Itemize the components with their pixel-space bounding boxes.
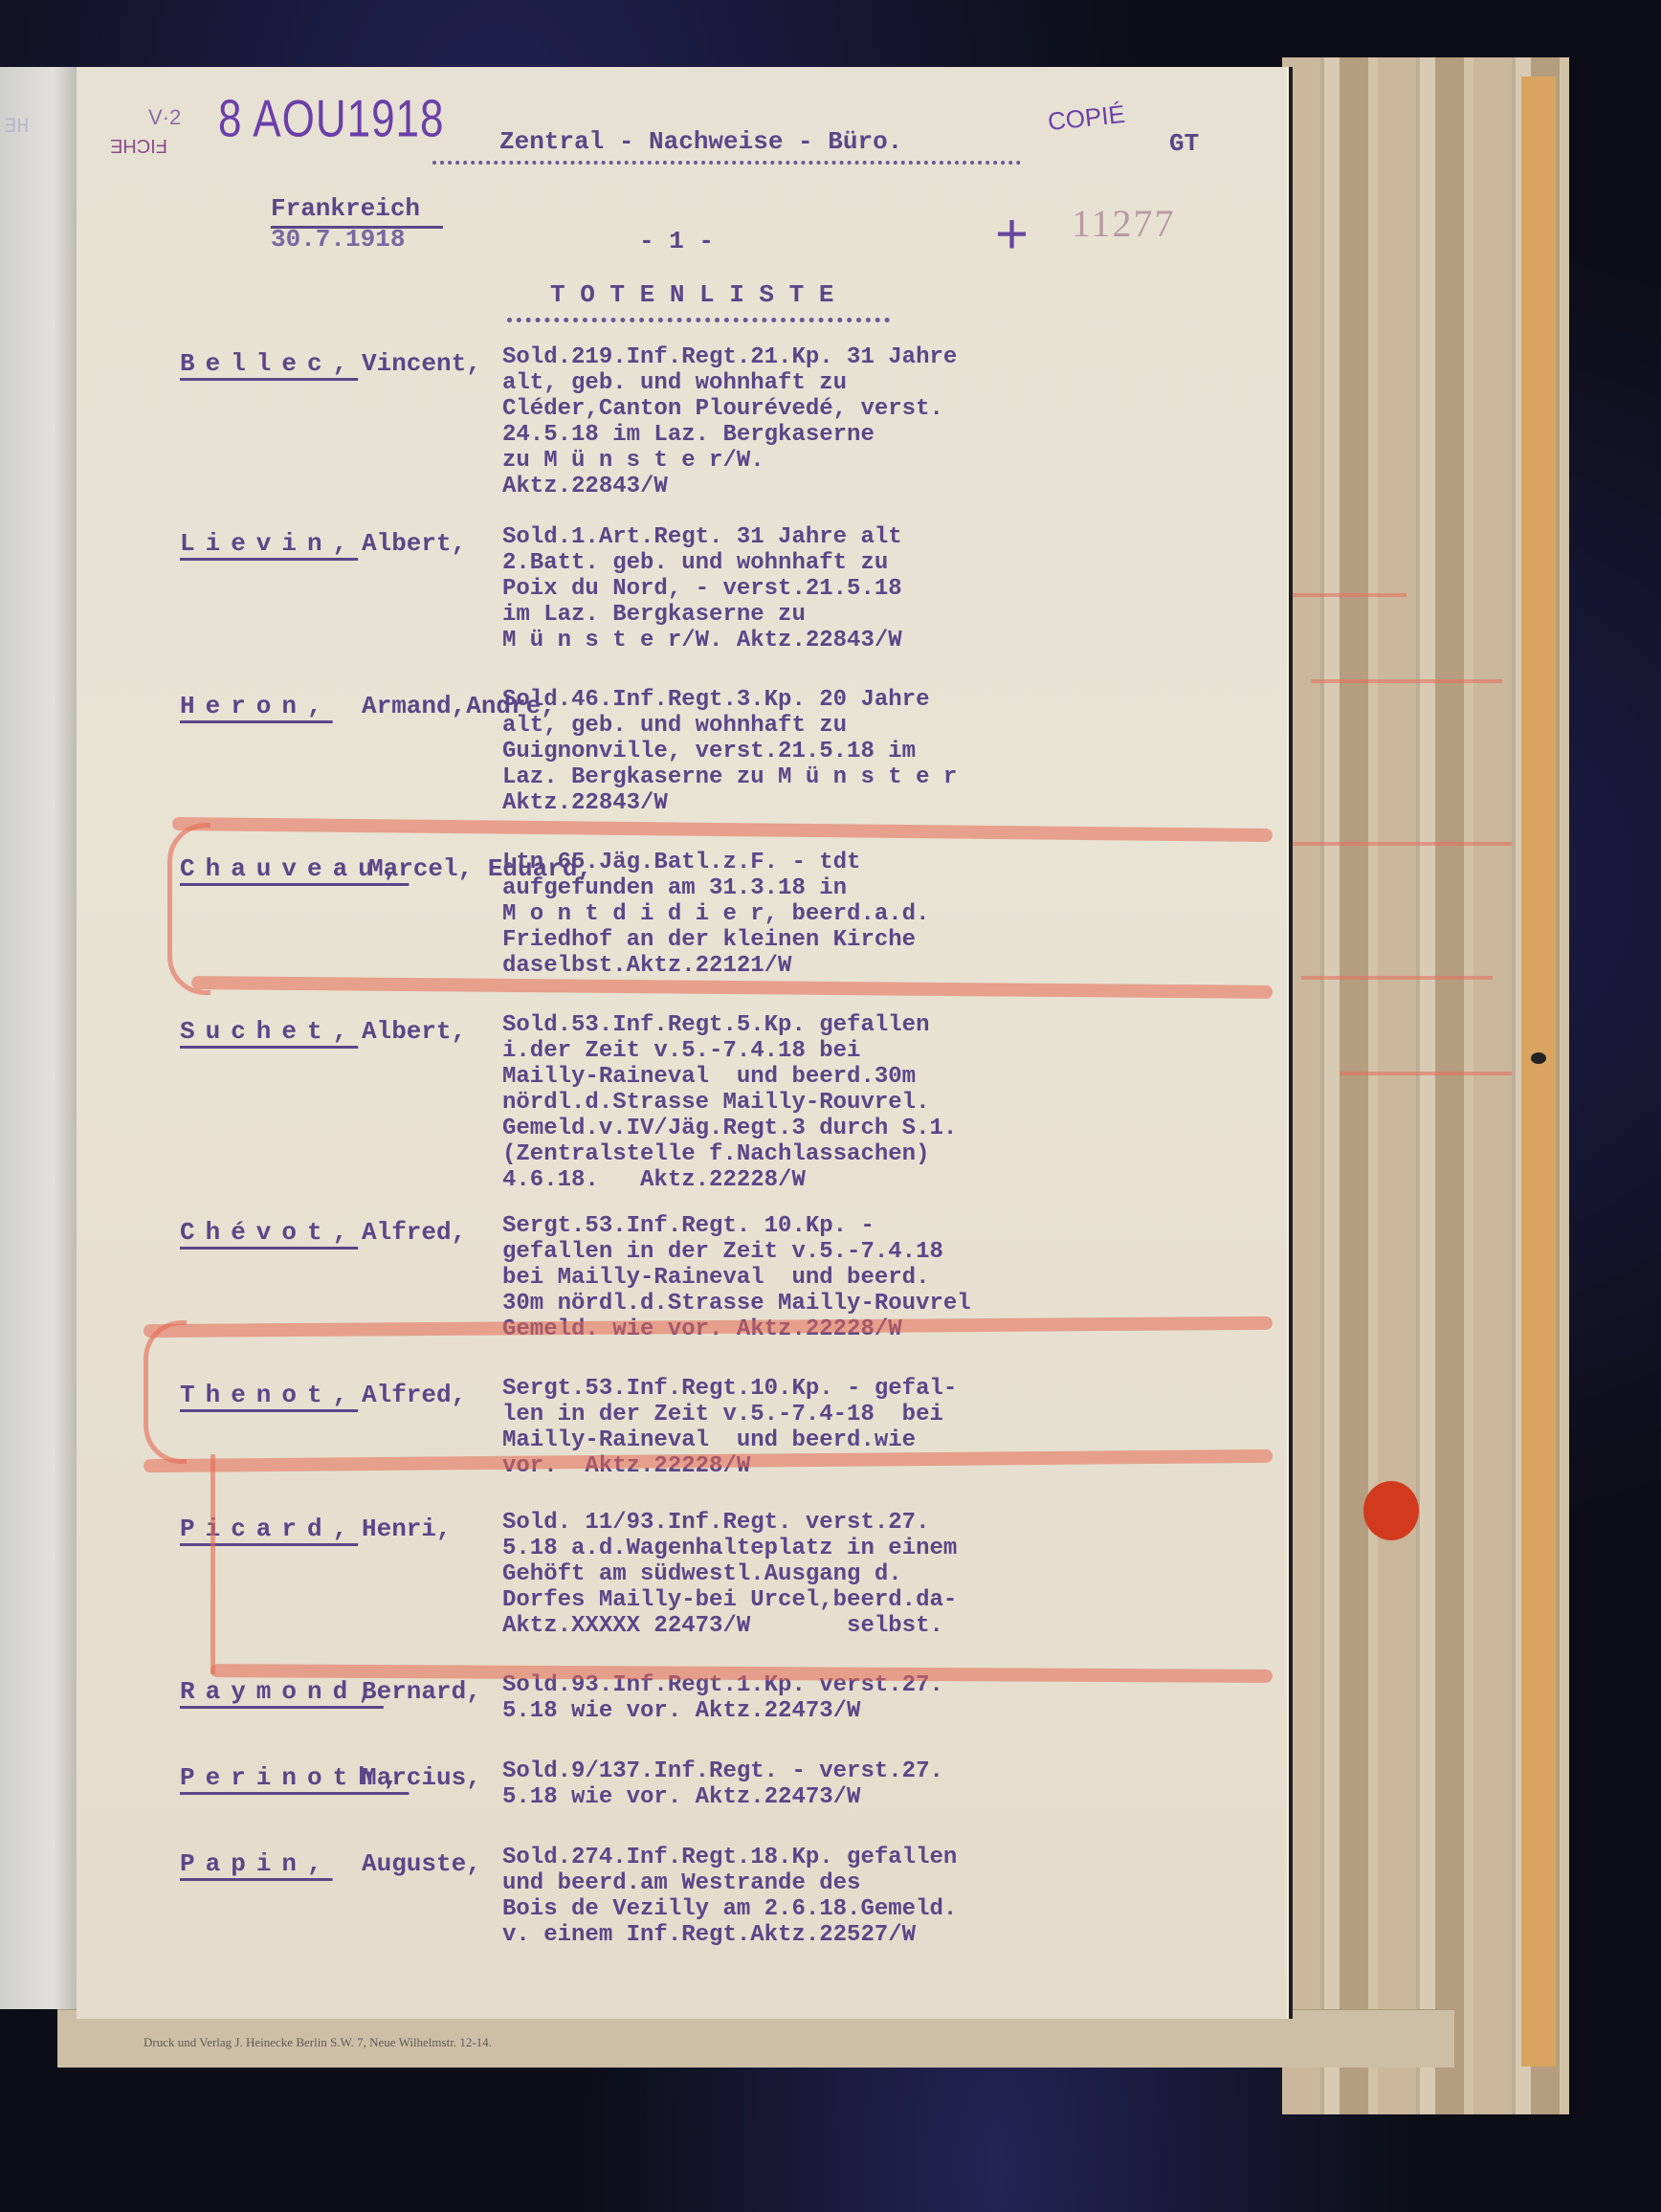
entry-detail-line: Aktz.22843/W: [502, 474, 668, 499]
red-wax-seal: [1363, 1481, 1419, 1540]
entry-surname: Picard,: [180, 1510, 358, 1548]
entry-surname: Chévot,: [180, 1213, 358, 1251]
entry-given-name: Henri,: [362, 1510, 452, 1548]
entry-detail-line: Sergt.53.Inf.Regt.10.Kp. - gefal-: [502, 1376, 957, 1402]
entry-detail-line: im Laz. Bergkaserne zu: [502, 602, 806, 628]
entry-detail-line: Guignonville, verst.21.5.18 im: [502, 739, 916, 764]
entry-detail-line: Sold. 11/93.Inf.Regt. verst.27.: [502, 1510, 929, 1536]
entry-detail-line: Sold.274.Inf.Regt.18.Kp. gefallen: [502, 1845, 957, 1870]
red-pencil-bracket: [167, 823, 210, 995]
entry-detail-line: Dorfes Mailly-bei Urcel,beerd.da-: [502, 1587, 957, 1613]
red-mark: [1340, 1072, 1512, 1075]
document-title: T O T E N L I S T E: [550, 276, 833, 314]
left-page-edge: HE: [0, 67, 78, 2009]
cross-mark: +: [995, 201, 1029, 267]
entry-surname: Papin,: [180, 1845, 333, 1883]
entry-detail-line: 5.18 a.d.Wagenhalteplatz in einem: [502, 1536, 957, 1561]
red-mark: [1311, 679, 1502, 683]
entry-surname: Suchet,: [180, 1012, 358, 1051]
red-mark: [1292, 593, 1406, 597]
copy-stamp: COPIÉ: [1047, 100, 1127, 137]
entry-detail-line: Friedhof an der kleinen Kirche: [502, 927, 916, 953]
red-pencil-bracket: [144, 1320, 187, 1464]
entry-surname: Bellec,: [180, 344, 358, 383]
entry-given-name: Auguste,: [362, 1845, 481, 1883]
entry-detail-line: aufgefunden am 31.3.18 in: [502, 875, 847, 901]
office-underline: [432, 161, 1021, 165]
entry-detail-line: und beerd.am Westrande des: [502, 1870, 860, 1896]
entry-detail-line: gefallen in der Zeit v.5.-7.4.18: [502, 1239, 943, 1265]
page-number: - 1 -: [639, 222, 714, 260]
document-page: V·2 FICHE 8 AOU1918 Zentral - Nachweise …: [77, 67, 1287, 2019]
date-stamp: 8 AOU1918: [218, 90, 445, 150]
entry-detail-line: zu M ü n s t e r/W.: [502, 448, 764, 474]
entry-given-name: Marcius,: [362, 1759, 481, 1797]
printer-imprint: Druck und Verlag J. Heinecke Berlin S.W.…: [144, 2035, 492, 2050]
entry-detail-line: 5.18 wie vor. Aktz.22473/W: [502, 1784, 860, 1810]
entry-detail-line: bei Mailly-Raineval und beerd.: [502, 1265, 929, 1291]
list-date: 30.7.1918: [271, 220, 405, 258]
initials: GT: [1169, 124, 1199, 163]
entry-detail-line: len in der Zeit v.5.-7.4-18 bei: [502, 1402, 943, 1427]
entry-detail-line: Sold.53.Inf.Regt.5.Kp. gefallen: [502, 1012, 929, 1038]
entry-detail-line: Gemeld.v.IV/Jäg.Regt.3 durch S.1.: [502, 1116, 957, 1141]
entry-detail-line: 24.5.18 im Laz. Bergkaserne: [502, 422, 875, 448]
office-title: Zentral - Nachweise - Büro.: [499, 122, 902, 161]
entry-detail-line: Bois de Vezilly am 2.6.18.Gemeld.: [502, 1896, 957, 1922]
entry-given-name: Alfred,: [362, 1376, 466, 1414]
entry-detail-line: Sold.1.Art.Regt. 31 Jahre alt: [502, 524, 902, 550]
entry-surname: Heron,: [180, 687, 333, 725]
title-underline: [507, 318, 890, 322]
entry-detail-line: Mailly-Raineval und beerd.30m: [502, 1064, 916, 1090]
entry-given-name: Albert,: [362, 1012, 466, 1051]
entry-detail-line: M ü n s t e r/W. Aktz.22843/W: [502, 628, 902, 653]
orange-divider-tab: [1521, 77, 1556, 2067]
fiche-stamp: FICHE: [110, 134, 167, 156]
edge-stamp: V·2: [148, 105, 181, 130]
entry-given-name: Albert,: [362, 524, 466, 563]
entry-detail-line: Mailly-Raineval und beerd.wie: [502, 1427, 916, 1453]
entry-detail-line: Sold.46.Inf.Regt.3.Kp. 20 Jahre: [502, 687, 929, 713]
red-pencil-strike: [191, 976, 1273, 999]
red-mark: [1282, 842, 1512, 846]
entry-detail-line: 4.6.18. Aktz.22228/W: [502, 1167, 806, 1193]
entry-detail-line: alt, geb. und wohnhaft zu: [502, 713, 847, 739]
entry-detail-line: Aktz.XXXXX 22473/W selbst.: [502, 1613, 943, 1639]
entry-detail-line: alt, geb. und wohnhaft zu: [502, 370, 847, 396]
entry-detail-line: Cléder,Canton Plourévedé, verst.: [502, 396, 943, 422]
entry-detail-line: Sergt.53.Inf.Regt. 10.Kp. -: [502, 1213, 875, 1239]
entry-surname: Lievin,: [180, 524, 358, 563]
entry-detail-line: Aktz.22843/W: [502, 790, 668, 816]
red-mark: [1301, 976, 1493, 980]
entry-detail-line: Sold.9/137.Inf.Regt. - verst.27.: [502, 1759, 943, 1784]
entry-detail-line: Sold.219.Inf.Regt.21.Kp. 31 Jahre: [502, 344, 957, 370]
entry-detail-line: 30m nördl.d.Strasse Mailly-Rouvrel: [502, 1291, 971, 1316]
entry-given-name: Alfred,: [362, 1213, 466, 1251]
red-pencil-bracket: [210, 1454, 234, 1674]
entry-detail-line: Laz. Bergkaserne zu M ü n s t e r: [502, 764, 957, 790]
entry-detail-line: 2.Batt. geb. und wohnhaft zu: [502, 550, 888, 576]
left-page-text: HE: [4, 115, 29, 139]
entry-detail-line: Ltn 65.Jäg.Batl.z.F. - tdt: [502, 850, 860, 875]
entry-detail-line: v. einem Inf.Regt.Aktz.22527/W: [502, 1922, 916, 1948]
entry-detail-line: nördl.d.Strasse Mailly-Rouvrel.: [502, 1090, 929, 1116]
entry-detail-line: Gehöft am südwestl.Ausgang d.: [502, 1561, 902, 1587]
entry-surname: Thenot,: [180, 1376, 358, 1414]
entry-detail-line: (Zentralstelle f.Nachlassachen): [502, 1141, 929, 1167]
file-number: 11277: [1072, 201, 1176, 246]
entry-given-name: Vincent,: [362, 344, 481, 383]
red-pencil-strike: [172, 817, 1273, 842]
pin-icon: [1531, 1052, 1546, 1064]
entry-detail-line: 5.18 wie vor. Aktz.22473/W: [502, 1698, 860, 1724]
entry-detail-line: i.der Zeit v.5.-7.4.18 bei: [502, 1038, 860, 1064]
entry-detail-line: daselbst.Aktz.22121/W: [502, 953, 791, 979]
entry-detail-line: Poix du Nord, - verst.21.5.18: [502, 576, 902, 602]
entry-detail-line: M o n t d i d i e r, beerd.a.d.: [502, 901, 929, 927]
entry-surname: Raymond,: [180, 1672, 384, 1711]
